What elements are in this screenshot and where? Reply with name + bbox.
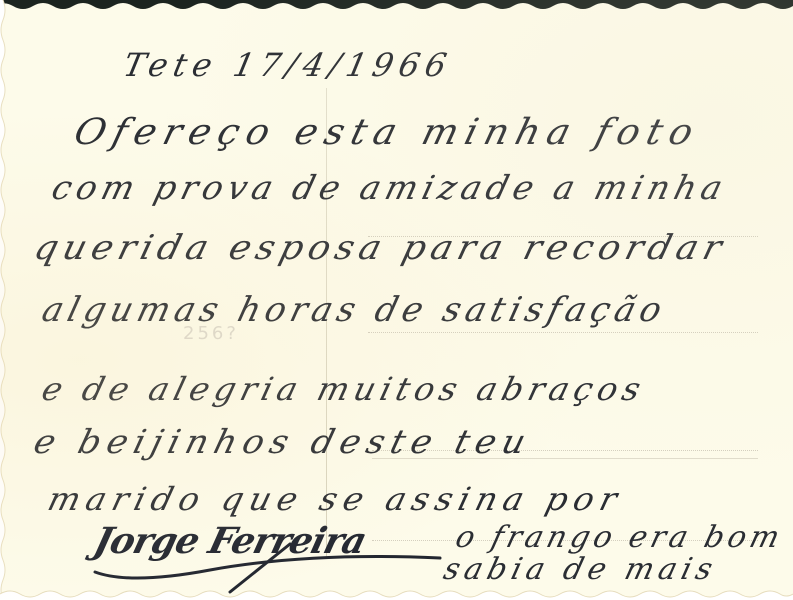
- body-line-3: querida esposa para recordar: [30, 228, 731, 268]
- body-line-1: Ofereço esta minha foto: [70, 112, 704, 153]
- date-line: Tete 17/4/1966: [120, 46, 456, 84]
- postscript-line-2: sabia de mais: [440, 552, 721, 587]
- scalloped-left-edge: [0, 0, 8, 600]
- body-line-2: com prova de amizade a minha: [48, 168, 732, 207]
- body-line-7: marido que se assina por: [44, 480, 627, 518]
- address-line-2: [368, 332, 758, 333]
- body-line-6: e beijinhos deste teu: [30, 422, 536, 461]
- postcard: 256? Tete 17/4/1966 Ofereço esta minha f…: [0, 0, 793, 600]
- signature-flourish: [90, 540, 450, 595]
- body-line-5: e de alegria muitos abraços: [38, 370, 650, 408]
- postscript-line-1: o frango era bom: [452, 520, 787, 555]
- scalloped-top-edge: [0, 0, 793, 14]
- body-line-4: algumas horas de satisfação: [38, 290, 671, 330]
